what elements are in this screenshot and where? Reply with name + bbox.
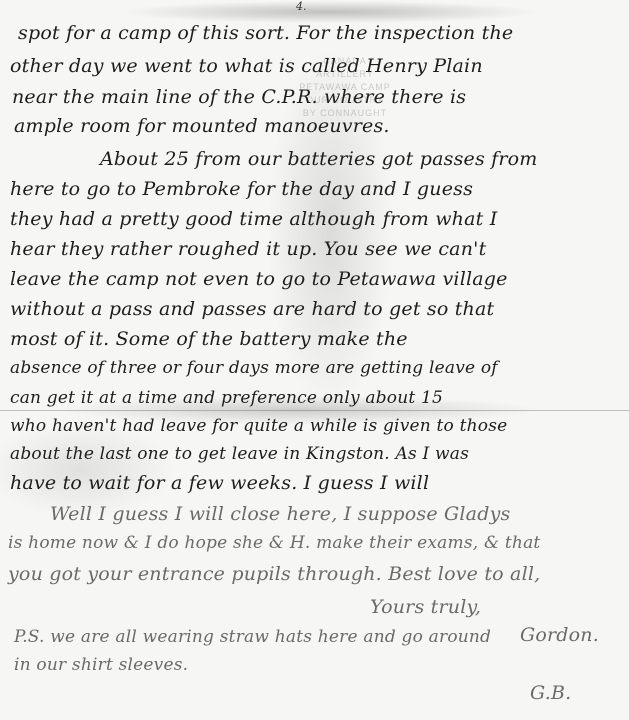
letter-line: is home now & I do hope she & H. make th… — [8, 533, 540, 553]
letter-line: hear they rather roughed it up. You see … — [10, 238, 486, 260]
letter-line: near the main line of the C.P.R. where t… — [12, 86, 466, 108]
letter-line: About 25 from our batteries got passes f… — [100, 148, 538, 170]
letter-line: here to go to Pembroke for the day and I… — [10, 178, 473, 200]
letter-line: have to wait for a few weeks. I guess I … — [10, 472, 429, 494]
letter-line: they had a pretty good time although fro… — [10, 208, 497, 230]
letter-line: without a pass and passes are hard to ge… — [10, 298, 494, 320]
letter-line: spot for a camp of this sort. For the in… — [18, 22, 513, 44]
postscript-line: in our shirt sleeves. — [14, 655, 188, 675]
signature: Gordon. — [520, 624, 599, 646]
letter-line: other day we went to what is called Henr… — [10, 55, 483, 77]
fold-crease — [0, 410, 629, 411]
letter-line: leave the camp not even to go to Petawaw… — [10, 268, 508, 290]
letter-line: absence of three or four days more are g… — [10, 358, 498, 378]
letter-line: Well I guess I will close here, I suppos… — [50, 503, 510, 525]
letter-line: about the last one to get leave in Kings… — [10, 444, 469, 464]
letter-line: most of it. Some of the battery make the — [10, 328, 408, 350]
letter-line: you got your entrance pupils through. Be… — [8, 563, 540, 585]
letter-line: can get it at a time and preference only… — [10, 388, 443, 408]
letter-line: who haven't had leave for quite a while … — [10, 416, 507, 436]
closing: Yours truly, — [370, 596, 481, 618]
page-number: 4. — [296, 0, 307, 13]
letter-line: ample room for mounted manoeuvres. — [14, 115, 390, 137]
postscript-line: P.S. we are all wearing straw hats here … — [14, 627, 491, 647]
letter-page: CANADA ARTILLERY PETAWAWA CAMP OUR COUNT… — [0, 0, 629, 720]
initials: G.B. — [530, 682, 571, 704]
